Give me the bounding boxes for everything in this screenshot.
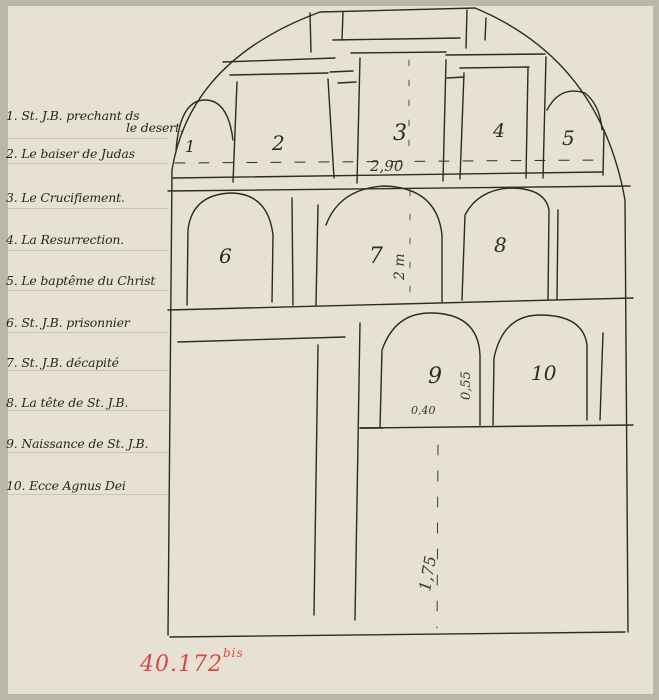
row-divider-2 (168, 298, 633, 310)
dimension-height-middle: 2 m (392, 253, 408, 281)
row-divider-1 (168, 186, 630, 191)
dimension-lower-height: 1,75 (415, 554, 440, 592)
panel-10-label: 10 (531, 361, 557, 385)
dimension-width: 2,90 (369, 157, 404, 175)
bottom-line (170, 632, 625, 637)
row-divider-3 (360, 425, 633, 428)
panel-8-label: 8 (494, 233, 507, 257)
panel-5-label: 5 (562, 126, 575, 150)
panel-3-label: 3 (393, 121, 407, 146)
inventory-suffix: bis (223, 646, 244, 660)
panel-7-label: 7 (369, 244, 383, 269)
panel-1-label: 1 (185, 137, 195, 156)
inventory-number: 40.172bis (140, 646, 244, 677)
panel-9-label: 9 (428, 364, 442, 389)
inventory-number-text: 40.172 (140, 652, 223, 677)
outer-arch (168, 8, 628, 635)
dimension-panel9-height: 0,55 (459, 371, 474, 400)
dimension-panel9-width: 0,40 (411, 404, 436, 417)
panel-4-label: 4 (492, 120, 505, 142)
panel-drawing: 1 2 3 4 5 2,90 6 7 8 2 m 9 0,55 0,40 10 … (0, 0, 659, 700)
panel-6-label: 6 (219, 244, 232, 268)
panel-2-label: 2 (271, 131, 285, 155)
